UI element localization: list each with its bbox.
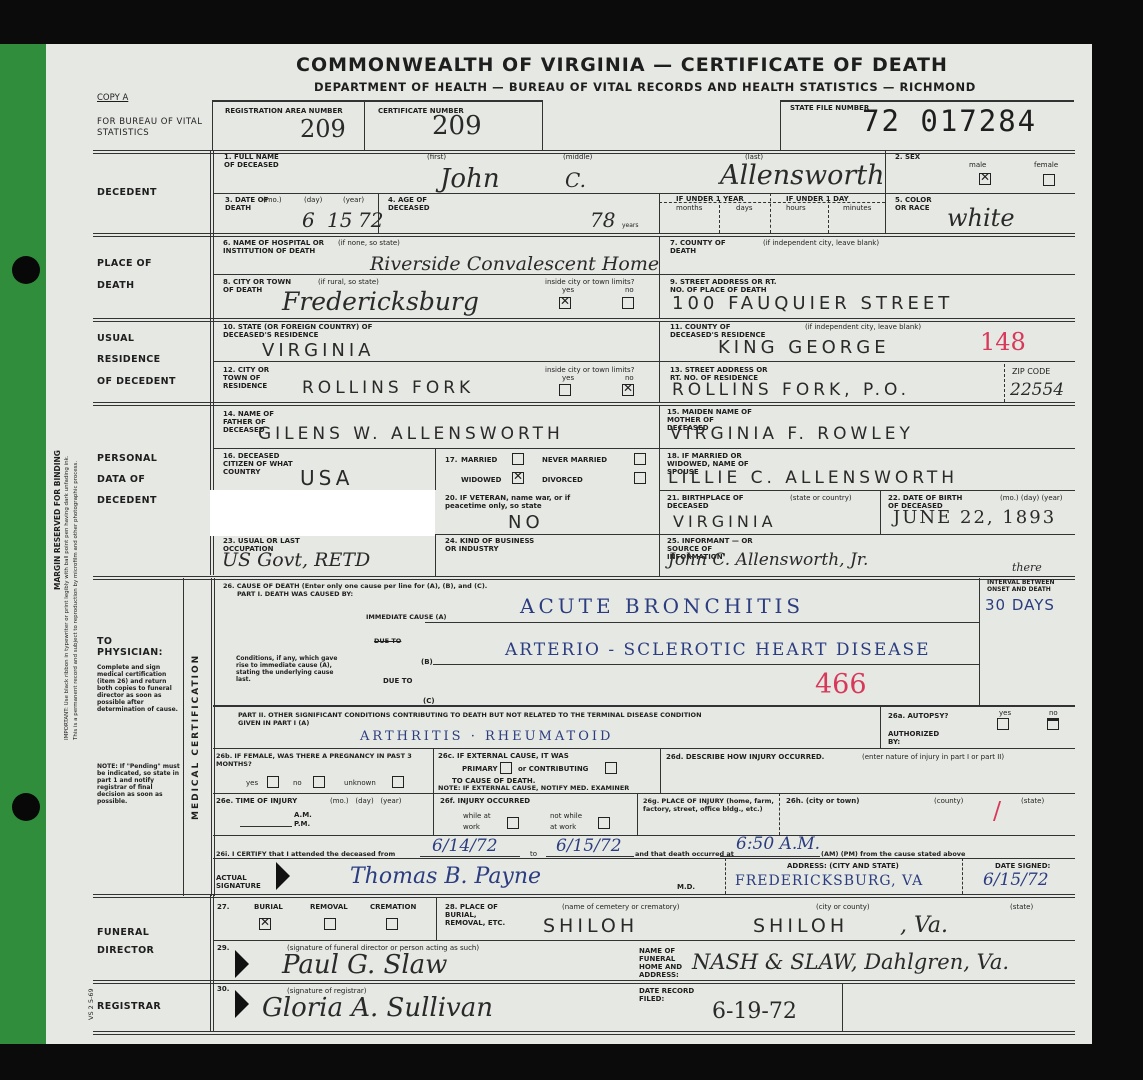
pregnancy-unknown-label: unknown [344,779,376,787]
citizenship-value: USA [300,466,353,490]
days-label: days [736,204,753,212]
zip-value: 22554 [1010,380,1064,400]
rule [93,894,1075,898]
section-place-of-death: PLACE OF [97,258,152,269]
burial-label: BURIAL [254,903,283,911]
field-20-label: 20. IF VETERAN, name war, or if peacetim… [445,494,575,510]
rule [213,193,1075,194]
residence-street-value: ROLLINS FORK, P.O. [672,380,910,400]
rule [435,534,436,576]
primary-checkbox[interactable] [500,762,512,774]
while-at-work-checkbox[interactable] [507,817,519,829]
field-26c-label: 26c. IF EXTERNAL CAUSE, IT WAS [438,752,569,760]
funeral-home-value: NASH & SLAW, Dahlgren, Va. [692,950,1009,974]
field-1-label: 1. FULL NAME OF DECEASED [224,153,284,169]
cremation-checkbox[interactable] [386,918,398,930]
form-code: VS 2 5-69 [88,988,96,1020]
rule [212,100,213,150]
field-12-label: 12. CITY OR TOWN OF RESIDENCE [223,366,293,390]
redacted-area [210,490,435,536]
section-personal-data-2: DATA OF [97,474,145,485]
date-mo-label: (mo.) [263,196,282,204]
attended-from-value: 6/14/72 [432,836,498,856]
section-funeral-director-2: DIRECTOR [97,945,154,956]
rule [1004,364,1005,402]
field-29-label: 29. [217,944,229,952]
physician-signature: Thomas B. Payne [350,864,541,889]
signature-arrow-icon [235,950,249,978]
cause-stated-label: (AM) (PM) from the cause stated above [821,850,965,858]
rule [542,100,543,150]
field-4-label: 4. AGE OF DECEASED [388,196,448,212]
limits-no-label: no [625,286,634,294]
rule [213,793,1075,794]
rule [659,202,885,203]
section-usual-residence-3: OF DECEDENT [97,376,176,387]
hospital-value: Riverside Convalescent Home [370,253,659,275]
occupation-value: US Govt, RETD [222,549,370,571]
section-funeral-director: FUNERAL [97,927,149,938]
residence-limits-yes-label: yes [562,374,574,382]
veteran-value: NO [508,512,544,533]
contributing-checkbox[interactable] [605,762,617,774]
rule [435,448,436,490]
pregnancy-no-checkbox[interactable] [313,776,325,788]
death-limits-no-checkbox[interactable] [622,297,634,309]
pending-note: NOTE: If "Pending" must be indicated, so… [97,763,181,805]
rule [720,856,820,857]
death-year-value: 72 [358,208,383,232]
interval-label: INTERVAL BETWEEN ONSET AND DEATH [987,579,1072,593]
date-signed-value: 6/15/72 [983,870,1049,890]
months-label: months [676,204,702,212]
rule [979,578,980,705]
rule [213,748,1075,749]
section-decedent: DECEDENT [97,187,157,198]
copy-label: COPY A [97,93,128,103]
section-usual-residence-2: RESIDENCE [97,354,161,365]
field-26-label: 26. CAUSE OF DEATH (Enter only one cause… [223,582,487,590]
field-8-hint: (if rural, so state) [318,278,379,286]
field-26f-label: 26f. INJURY OCCURRED [440,797,530,805]
burial-city-value: SHILOH [753,915,848,937]
death-time-value: 6:50 A.M. [736,834,820,854]
married-label: MARRIED [461,456,497,464]
field-26g-label: 26g. PLACE OF INJURY (home, farm, factor… [643,797,778,813]
rule [659,193,660,233]
never-married-label: NEVER MARRIED [542,456,607,464]
age-value: 78 [590,208,615,232]
field-26e-hint: (mo.) (day) (year) [330,797,401,805]
certificate-number: 209 [432,111,482,141]
date-day-label: (day) [304,196,322,204]
middle-name-value: C. [565,168,586,192]
death-day-value: 15 [327,208,352,232]
sex-female-label: female [1034,161,1058,169]
residence-limits-label: inside city or town limits? [545,366,634,374]
field-21-hint: (state or country) [790,494,852,502]
red-mark: / [993,797,1001,825]
contributing-label: or CONTRIBUTING [518,765,588,773]
rule [659,236,660,318]
father-name-value: GILENS W. ALLENSWORTH [258,424,564,444]
interval-value: 30 DAYS [985,596,1055,614]
rule [880,490,881,534]
signature-arrow-icon [276,862,290,890]
autopsy-yes-checkbox[interactable] [997,718,1009,730]
residence-limits-yes-checkbox[interactable] [559,384,571,396]
md-label: M.D. [677,883,695,891]
field-26d-hint: (enter nature of injury in part I or par… [862,753,1004,761]
medical-certification-label: MEDICAL CERTIFICATION [191,654,201,820]
conditions-label: Conditions, if any, which gave rise to i… [236,655,346,683]
not-while-at-work-label: not while at work [550,811,590,833]
rule [880,705,881,748]
burial-state-hint: (state) [1010,903,1033,911]
field-11-hint: (if independent city, leave blank) [805,323,921,331]
copy-for: FOR BUREAU OF VITAL STATISTICS [97,117,212,139]
field-21-label: 21. BIRTHPLACE OF DECEASED [667,494,747,510]
hours-label: hours [786,204,806,212]
rule [780,100,781,150]
rule [213,940,1075,941]
certificate-subtitle: DEPARTMENT OF HEALTH — BUREAU OF VITAL R… [314,80,976,94]
physician-address-label: ADDRESS: (CITY AND STATE) [787,862,899,870]
minutes-label: minutes [843,204,871,212]
autopsy-yes-label: yes [999,709,1011,717]
registrar-signature: Gloria A. Sullivan [262,993,493,1023]
pregnancy-yes-label: yes [246,779,258,787]
rule [93,402,1075,406]
field-7-label: 7. COUNTY OF DEATH [670,239,740,255]
death-limits-yes-checkbox[interactable] [559,297,571,309]
signature-arrow-icon [235,990,249,1018]
field-16-label: 16. DECEASED CITIZEN OF WHAT COUNTRY [223,452,303,476]
rule [637,793,638,835]
burial-checkbox[interactable] [259,918,271,930]
rule [364,100,542,102]
field-5-label: 5. COLOR OR RACE [895,196,943,212]
rule [842,983,843,1031]
limits-yes-label: yes [562,286,574,294]
date-signed-label: DATE SIGNED: [995,862,1050,870]
rule [719,200,720,233]
state-file-number: 72 017284 [862,104,1037,138]
field-9-label: 9. STREET ADDRESS OR RT. NO. OF PLACE OF… [670,278,790,294]
cremation-label: CREMATION [370,903,416,911]
punch-hole [12,256,40,284]
due-to-label: DUE TO [383,677,412,685]
rule [828,200,829,233]
am-label: A.M. [294,811,312,819]
physician-address-value: FREDERICKSBURG, VA [735,873,923,889]
part1-label: PART I. DEATH WAS CAUSED BY: [237,590,353,598]
county-code: 148 [980,328,1026,356]
residence-limits-no-checkbox[interactable] [622,384,634,396]
section-registrar: REGISTRAR [97,1001,161,1012]
immediate-cause-value: ACUTE BRONCHITIS [520,594,804,618]
widowed-label: WIDOWED [461,476,501,484]
rule [93,318,1075,322]
attended-to-value: 6/15/72 [556,836,622,856]
limits-label: inside city or town limits? [545,278,634,286]
rule [364,100,365,150]
immediate-cause-label: IMMEDIATE CAUSE (A) [366,613,447,621]
to-physician-heading: TO PHYSICIAN: [97,636,177,658]
pregnancy-yes-checkbox[interactable] [267,776,279,788]
sex-male-checkbox[interactable] [979,173,991,185]
field-26d-label: 26d. DESCRIBE HOW INJURY OCCURRED. [666,753,824,761]
state-hint: (state) [1021,797,1044,805]
rule [93,233,1075,237]
divorced-label: DIVORCED [542,476,583,484]
pm-label: P.M. [294,820,310,828]
cemetery-hint: (name of cemetery or crematory) [562,903,680,911]
county-hint: (county) [934,797,963,805]
last-name-value: Allensworth [720,160,885,191]
cause-b-value: ARTERIO - SCLEROTIC HEART DISEASE [505,640,931,660]
rule [93,980,1075,984]
cemetery-value: SHILOH [543,915,638,937]
pregnancy-no-label: no [293,779,302,787]
rule [659,490,1075,491]
field-17-label: 17. [445,456,457,464]
section-personal-data-3: DECEDENT [97,495,157,506]
rule [213,835,1075,836]
autopsy-no-checkbox[interactable] [1047,718,1059,730]
sex-female-checkbox[interactable] [1043,174,1055,186]
pregnancy-unknown-checkbox[interactable] [392,776,404,788]
funeral-home-label: NAME OF FUNERAL HOME AND ADDRESS: [639,947,699,979]
widowed-checkbox[interactable] [512,472,524,484]
due-to-struck: DUE TO [374,637,401,645]
to-label: to [530,850,537,858]
funeral-director-signature: Paul G. Slaw [282,950,447,980]
margin-permanent-text: This is a permanent record and subject t… [73,461,81,740]
punch-hole [12,793,40,821]
field-26e-label: 26e. TIME OF INJURY [216,797,297,805]
rule [213,705,1075,707]
primary-label: PRIMARY [462,765,498,773]
registration-area-label: REGISTRATION AREA NUMBER [225,107,343,115]
first-name-label: (first) [427,153,446,161]
rule [725,858,726,894]
residence-county-value: KING GEORGE [718,337,890,358]
date-year-label: (year) [343,196,364,204]
rule [213,361,1075,362]
rule [213,448,1075,449]
section-usual-residence: USUAL [97,333,134,344]
removal-label: REMOVAL [310,903,348,911]
cause-code: 466 [815,669,867,700]
rule [779,793,780,835]
rule [211,578,215,896]
rule [885,150,886,233]
rule [213,858,1075,859]
rule [425,622,979,623]
zip-label: ZIP CODE [1012,368,1050,376]
field-26h-label: 26h. (city or town) [786,797,859,805]
spouse-name-value: LILLIE C. ALLENSWORTH [668,468,958,488]
field-2-label: 2. SEX [895,153,920,161]
binding-strip [0,44,46,1044]
rule [93,1031,1075,1035]
examiner-note: NOTE: IF EXTERNAL CAUSE, NOTIFY MED. EXA… [438,784,629,792]
rule [210,895,214,1032]
field-10-label: 10. STATE (OR FOREIGN COUNTRY) OF DECEAS… [223,323,383,339]
physician-note: Complete and sign medical certification … [97,664,181,713]
never-married-checkbox[interactable] [634,453,646,465]
rule [433,748,434,835]
section-place-of-death-2: DEATH [97,280,134,291]
city-county-hint: (city or county) [816,903,870,911]
street-of-death-value: 100 FAUQUIER STREET [672,293,953,314]
burial-state-value: , Va. [900,913,948,938]
city-of-death-value: Fredericksburg [282,287,479,316]
part2-value: ARTHRITIS · RHEUMATOID [360,729,613,744]
residence-state-value: VIRGINIA [262,340,374,361]
actual-signature-label: ACTUAL SIGNATURE [216,874,266,890]
sex-male-label: male [969,161,986,169]
rule [962,858,963,894]
date-filed-label: DATE RECORD FILED: [639,987,699,1003]
field-6-label: 6. NAME OF HOSPITAL OR INSTITUTION OF DE… [223,239,333,255]
rule [433,664,979,665]
death-month-value: 6 [302,208,315,232]
rule [659,321,660,402]
informant-value: John C. Allensworth, Jr. [668,550,868,570]
divorced-checkbox[interactable] [634,472,646,484]
cause-b-label: (B) [421,658,433,666]
rule [770,193,771,233]
rule [780,100,1074,102]
birth-date-value: JUNE 22, 1893 [893,507,1056,528]
informant-extra: there [1012,561,1042,574]
while-at-work-label: while at work [463,811,503,833]
field-26i-label: 26i. I CERTIFY that I attended the decea… [216,850,395,858]
rule [546,856,634,857]
field-28-label: 28. PLACE OF BURIAL, REMOVAL, ETC. [445,903,515,927]
date-filed-value: 6-19-72 [712,999,797,1024]
first-name-value: John [440,164,500,194]
rule [240,826,292,827]
certificate-title: COMMONWEALTH OF VIRGINIA — CERTIFICATE O… [296,54,948,76]
field-6-hint: (if none, so state) [338,239,400,247]
not-while-at-work-checkbox[interactable] [598,817,610,829]
field-22-hint: (mo.) (day) (year) [1000,494,1063,502]
registration-area-number: 209 [300,115,346,143]
middle-name-label: (middle) [563,153,592,161]
state-file-label: STATE FILE NUMBER [790,104,869,112]
residence-city-value: ROLLINS FORK [302,378,474,398]
rule [420,856,520,857]
authorized-by-label: AUTHORIZED BY: [888,730,938,746]
rule [183,578,184,896]
field-26b-label: 26b. IF FEMALE, WAS THERE A PREGNANCY IN… [216,752,416,768]
age-unit: years [622,222,639,230]
margin-important-text: IMPORTANT: Use black ribbon in typewrite… [64,455,72,740]
field-26a-label: 26a. AUTOPSY? [888,712,948,720]
field-30-label: 30. [217,985,229,993]
rule [660,748,661,793]
rule [436,897,437,940]
race-value: white [947,204,1015,232]
field-27-label: 27. [217,903,229,911]
part2-label: PART II. OTHER SIGNIFICANT CONDITIONS CO… [238,711,718,727]
margin-binding-text: MARGIN RESERVED FOR BINDING [54,450,62,590]
rule [93,576,1075,580]
married-checkbox[interactable] [512,453,524,465]
autopsy-no-label: no [1049,709,1058,717]
field-7-hint: (if independent city, leave blank) [763,239,879,247]
birthplace-value: VIRGINIA [673,512,777,531]
removal-checkbox[interactable] [324,918,336,930]
field-24-label: 24. KIND OF BUSINESS OR INDUSTRY [445,537,535,553]
section-personal-data: PERSONAL [97,453,157,464]
cause-c-label: (C) [423,697,435,705]
mother-name-value: VIRGINIA F. ROWLEY [670,424,914,444]
